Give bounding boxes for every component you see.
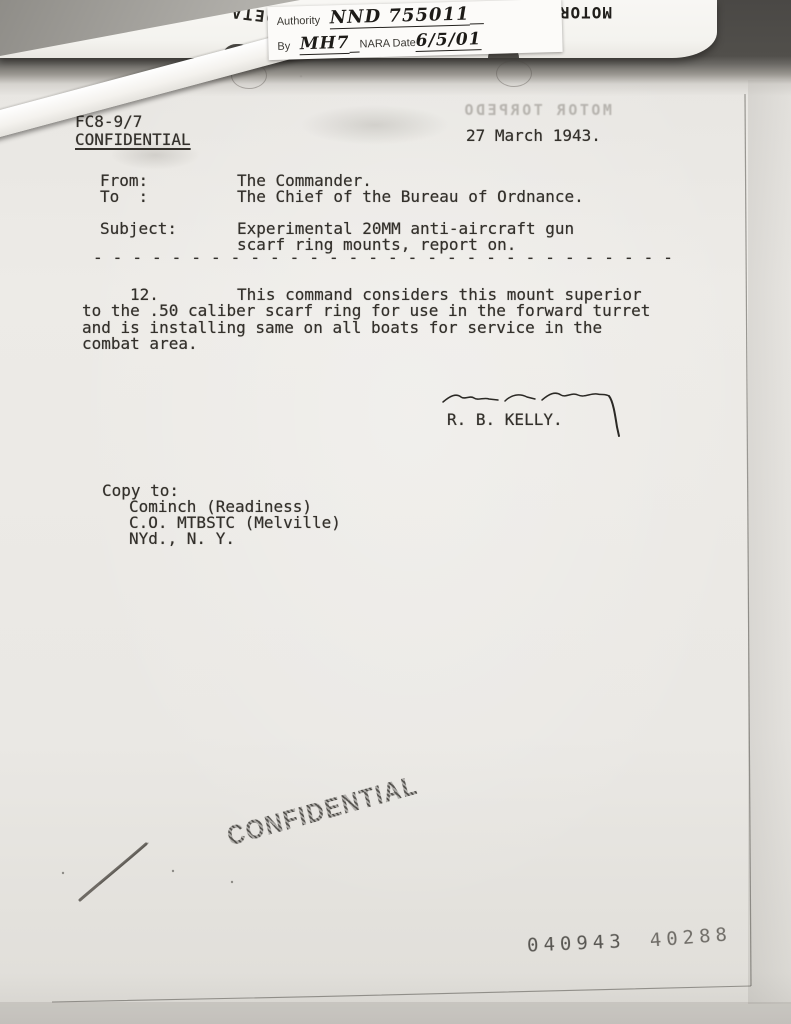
smudge	[300, 105, 450, 145]
to-label: To :	[100, 189, 148, 206]
by-value: MH7	[300, 33, 350, 55]
classification-heading: CONFIDENTIAL	[75, 132, 191, 149]
dashed-divider: - - - - - - - - - - - - - - - - - - - - …	[93, 250, 673, 267]
page-right-margin-shade	[748, 80, 791, 1004]
file-number: FC8-9/7	[75, 114, 142, 131]
copy-recipient: NYd., N. Y.	[129, 531, 235, 548]
sticker-by-row: By MH7 NARA Date 6/5/01	[277, 27, 562, 56]
authority-label: Authority	[277, 14, 321, 29]
serial-number-left: 040943	[527, 930, 627, 956]
authority-value: NND 755011	[329, 4, 469, 29]
body-line: combat area.	[82, 336, 198, 353]
page-bottom-margin-shade	[0, 1002, 791, 1024]
letter-date: 27 March 1943.	[466, 128, 601, 145]
nara-date-label: NARA Date	[359, 36, 416, 52]
scanned-document: MOTOR TORPEDO FC8-9/7 CONFIDENTIAL 27 Ma…	[0, 0, 791, 1024]
sticker-authority-row: Authority NND 755011	[276, 2, 561, 31]
subject-label: Subject:	[100, 221, 177, 238]
by-label: By	[277, 39, 290, 53]
bleedthrough-text: MOTOR TORPEDO	[462, 101, 612, 119]
nara-date-value: 6/5/01	[415, 29, 481, 52]
to-value: The Chief of the Bureau of Ordnance.	[237, 189, 584, 206]
binder-hole-outline	[496, 60, 532, 87]
declassification-sticker: Authority NND 755011 By MH7 NARA Date 6/…	[267, 0, 562, 60]
signer-name: R. B. KELLY.	[447, 412, 563, 429]
